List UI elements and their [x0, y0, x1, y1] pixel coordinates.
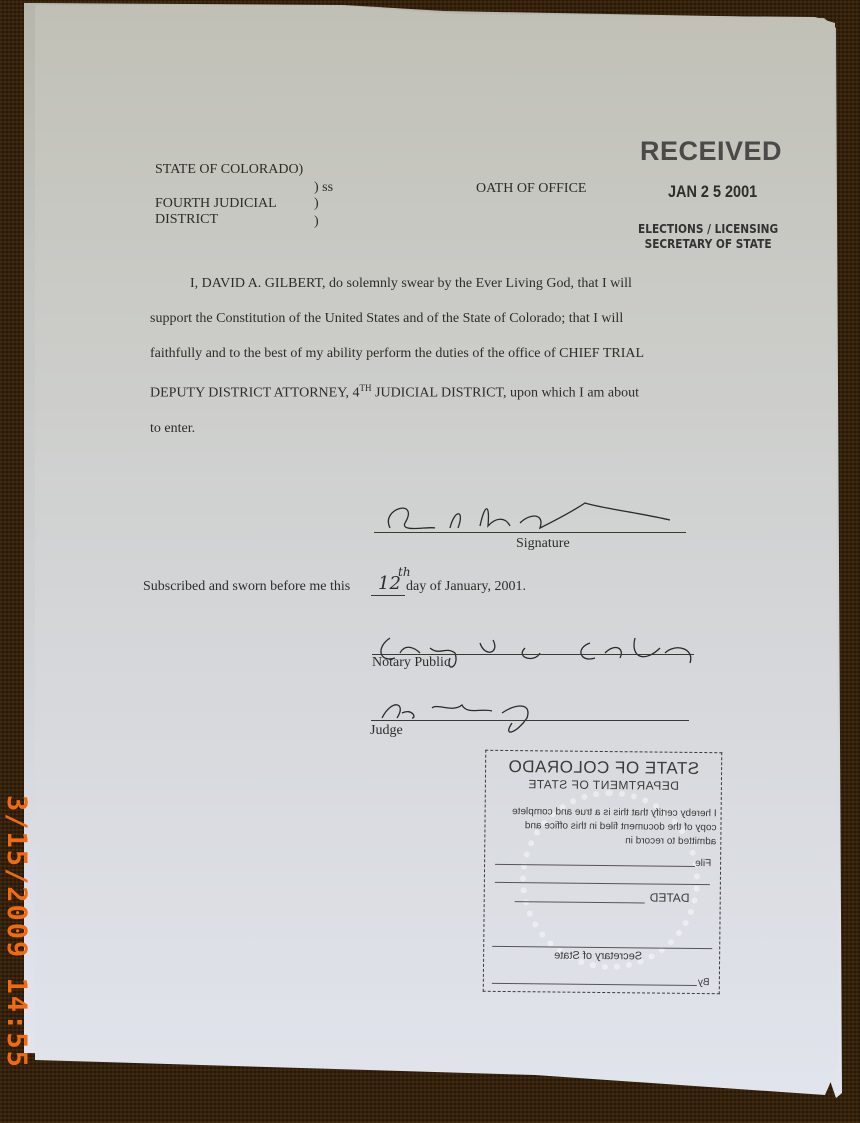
received-office-line1: ELECTIONS / LICENSING	[638, 222, 778, 237]
venue-state: STATE OF COLORADO)	[155, 162, 303, 178]
received-stamp-office: ELECTIONS / LICENSING SECRETARY OF STATE	[638, 222, 778, 252]
received-stamp-date: JAN 2 5 2001	[668, 182, 757, 202]
venue-district: DISTRICT	[155, 212, 218, 228]
venue-paren: )	[314, 214, 319, 230]
cert-file-line	[495, 864, 695, 867]
cert-file-label: File	[695, 858, 711, 869]
cert-body: I hereby certify that this is a true and…	[485, 805, 720, 849]
notary-label: Notary Public	[372, 655, 450, 671]
sworn-day-suffix: th	[398, 565, 411, 579]
cert-by-label: By	[698, 977, 710, 988]
certification-stamp: STATE OF COLORADO DEPARTMENT OF STATE I …	[483, 750, 723, 994]
venue-judicial: FOURTH JUDICIAL	[155, 196, 277, 212]
oath-line: I, DAVID A. GILBERT, do solemnly swear b…	[150, 266, 720, 301]
cert-by-line	[492, 983, 697, 986]
oath-paragraph: I, DAVID A. GILBERT, do solemnly swear b…	[150, 266, 720, 446]
received-office-line2: SECRETARY OF STATE	[638, 237, 778, 252]
cert-subtitle: DEPARTMENT OF STATE	[486, 777, 721, 793]
oath-line: faithfully and to the best of my ability…	[150, 336, 720, 371]
cert-dated-line	[515, 901, 645, 903]
venue-ss: ) ss	[314, 180, 333, 196]
ordinal-suffix: TH	[360, 383, 372, 393]
oath-line: DEPUTY DISTRICT ATTORNEY, 4TH JUDICIAL D…	[150, 371, 720, 411]
signature-line	[374, 532, 686, 533]
day-blank-line	[371, 595, 405, 596]
oath-line: support the Constitution of the United S…	[150, 301, 720, 336]
document-title: OATH OF OFFICE	[476, 181, 586, 197]
oath-line-part: DEPUTY DISTRICT ATTORNEY, 4	[150, 386, 360, 401]
judge-label: Judge	[370, 723, 403, 739]
cert-dated-label: DATED	[650, 890, 690, 904]
sworn-prefix: Subscribed and sworn before me this	[143, 579, 350, 595]
signature-label: Signature	[516, 536, 570, 552]
cert-line	[495, 882, 710, 885]
cert-secretary-label: Secretary of State	[554, 949, 642, 962]
judge-line	[371, 720, 689, 721]
venue-paren: )	[314, 196, 319, 212]
oath-line: to enter.	[150, 411, 720, 446]
cert-title: STATE OF COLORADO	[486, 757, 721, 779]
cert-sig-line	[492, 946, 712, 949]
sworn-suffix: day of January, 2001.	[406, 579, 526, 595]
received-stamp-label: RECEIVED	[640, 136, 782, 167]
oath-line-part: JUDICIAL DISTRICT, upon which I am about	[372, 386, 640, 401]
camera-timestamp: 3/15/2009 14:55	[1, 795, 32, 1069]
